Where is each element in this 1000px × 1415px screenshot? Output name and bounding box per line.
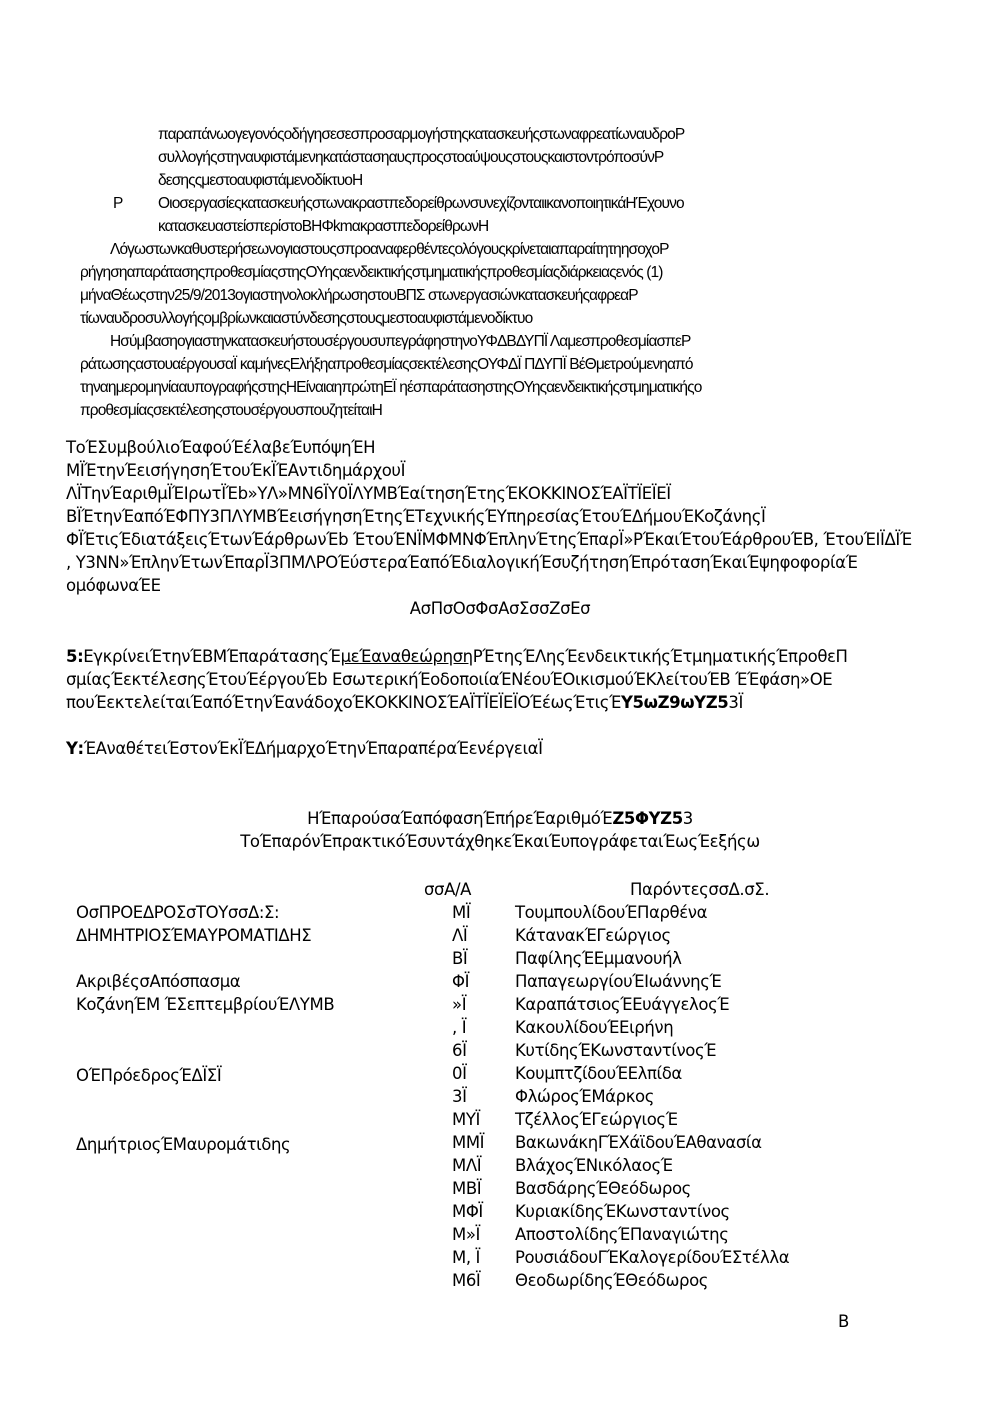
attendance-row-number: ΦΪ xyxy=(452,971,469,994)
decision-2-text: ΈΑναθέτειΈστονΈκΪΈΔήμαρχοΈτηνΈπαραπέραΈε… xyxy=(84,739,543,758)
council-item-3: ΒΪΈτηνΈαπόΈΦΠΥ3ΠΛΥΜΒΈεισήγησηΈτηςΈΤεχνικ… xyxy=(66,506,765,529)
attendance-row-name: ΡουσιάδουΓΈΚαλογερίδουΈΣτέλλα xyxy=(515,1247,789,1270)
attendance-row-name: ΚακουλίδουΈΕιρήνη xyxy=(515,1017,673,1040)
decision-1-text-b: ΡΈτηςΈΛηςΈενδεικτικήςΈτμηματικήςΈπροθεΠ xyxy=(473,647,848,666)
president-name-caps: ΔΗΜΗΤΡΙΟΣΈΜΑΥΡΟΜΑΤΙΔΗΣ xyxy=(76,925,311,948)
council-item-4: ΦΪΈτιςΈδιατάξειςΈτωνΈάρθρωνΈb ΈτουΈΝΪΜΦΜ… xyxy=(66,529,912,552)
decision-1-marker: 5: xyxy=(66,647,83,666)
intro-line-2: συλλογήςστηναυφιστάμενηκατάστασηαυςπροςσ… xyxy=(158,147,663,170)
attendance-row-number: Μ6Ϊ xyxy=(452,1270,480,1293)
intro-line-1: παραπάνωογεγονόςοδήγησεσεσπροσαρμογήστης… xyxy=(158,124,684,147)
council-item-2: ΛΪΤηνΈαριθμΪΈΙρωτΪΈb»ΥΛ»ΜΝ6ΪΥ0ΪΛΥΜΒΈαίτη… xyxy=(66,483,671,506)
attendance-row-name: ΤουμπουλίδουΈΠαρθένα xyxy=(515,902,707,925)
attendance-row-name: ΘεοδωρίδηςΈΘεόδωρος xyxy=(515,1270,708,1293)
attendance-row-number: »Ϊ xyxy=(452,994,466,1017)
delay-paragraph-line-4: τίωναυδροσυλλογήςομβρίωνκαιαστύνδεσηςστο… xyxy=(80,308,532,331)
attendance-row-name: ΠαφίληςΈΕμμανουήλ xyxy=(515,948,682,971)
attendance-row-name: ΒλάχοςΈΝικόλαοςΈ xyxy=(515,1155,673,1178)
delay-paragraph-line-3: μήναΘέωςστην25/9/2013ογιαστηνολοκλήρωσησ… xyxy=(80,285,638,308)
decision-number-label: ΗΈπαρούσαΈαπόφασηΈπήρεΈαριθμόΈ xyxy=(307,809,612,828)
president-signature-name: ΔημήτριοςΈΜαυρομάτιδης xyxy=(76,1134,290,1157)
certified-copy: ΑκριβέςσΑπόσπασμα xyxy=(76,971,240,994)
attendance-row-number: Μ»Ϊ xyxy=(452,1224,480,1247)
decision-number: ΗΈπαρούσαΈαπόφασηΈπήρεΈαριθμόΈΖ5ΦΥΖ53 xyxy=(0,808,1000,831)
attendance-row-number: ΜΥΪ xyxy=(452,1109,480,1132)
attendance-row-number: 6Ϊ xyxy=(452,1040,467,1063)
president-title: ΟσΠΡΟΕΔΡΟΣσΤΟΥσσΔ:Σ: xyxy=(76,902,279,925)
bullet-line-1: Οιοσεργασίεςκατασκευήςστωνακραστπεδορείθ… xyxy=(158,193,684,216)
attendance-row-name: ΤζέλλοςΈΓεώργιοςΈ xyxy=(515,1109,678,1132)
delay-paragraph-line-1: Λόγωστωνκαθυστερήσεωνογιαστουςσπροαναφερ… xyxy=(110,239,669,262)
decision-heading: ΑσΠσΟσΦσΑσΣσσΖσΕσ xyxy=(0,598,1000,621)
document-page: παραπάνωογεγονόςοδήγησεσεσπροσαρμογήστης… xyxy=(0,0,1000,1415)
attendance-col-names-header: ΠαρόντεςσσΔ.σΣ. xyxy=(630,879,769,902)
attendance-row-number: 3Ϊ xyxy=(452,1086,467,1109)
decision-number-suffix: 3 xyxy=(683,809,693,828)
attendance-row-name: ΚάτανακΈΓεώργιος xyxy=(515,925,671,948)
contract-paragraph-line-4: προθεσμίαςσεκτέλεσηςστουσέργουσπουζητείτ… xyxy=(80,400,382,423)
attendance-row-name: ΚυτίδηςΈΚωνσταντίνοςΈ xyxy=(515,1040,716,1063)
attendance-col-num-header: σσΑ/Α xyxy=(424,879,471,902)
attendance-row-name: ΑποστολίδηςΈΠαναγιώτης xyxy=(515,1224,729,1247)
attendance-row-name: ΒακωνάκηΓΈΧάϊδουΈΑθανασία xyxy=(515,1132,762,1155)
decision-number-value: Ζ5ΦΥΖ5 xyxy=(612,809,682,828)
attendance-row-name: ΚουμπτζίδουΈΕλπίδα xyxy=(515,1063,682,1086)
decision-1-text-c: πουΈεκτελείταιΈαπόΈτηνΈανάδοχοΈΚΟΚΚΙΝΟΣΈ… xyxy=(66,693,621,712)
decision-2-marker: Υ: xyxy=(66,739,84,758)
signing-note: ΤοΈπαρόνΈπρακτικόΈσυντάχθηκεΈκαιΈυπογράφ… xyxy=(0,831,1000,854)
council-unanimous: ομόφωναΈΕ xyxy=(66,575,161,598)
delay-paragraph-line-2: ρήγησηαπαράτασηςπροθεσμίαςστηςΟΥηςαενδει… xyxy=(80,262,662,285)
page-number: Β xyxy=(838,1311,849,1334)
decision-1-text-d: 3Ϊ xyxy=(728,693,743,712)
decision-1-text-a: ΕγκρίνειΈτηνΈΒΜΈπαράτασηςΈ xyxy=(83,647,340,666)
place-date: ΚοζάνηΈΜ ΈΣεπτεμβρίουΈΛΥΜΒ xyxy=(76,994,334,1017)
attendance-row-name: ΚυριακίδηςΈΚωνσταντίνος xyxy=(515,1201,730,1224)
decision-1-date: Υ5ωΖ9ωΥΖ5 xyxy=(621,693,728,712)
attendance-row-name: ΦλώροςΈΜάρκος xyxy=(515,1086,654,1109)
president-label: ΟΈΠρόεδροςΈΔΪΣΪ xyxy=(76,1065,221,1088)
attendance-row-number: ΜΪ xyxy=(452,902,470,925)
bullet-marker: Ρ xyxy=(113,193,122,216)
attendance-row-name: ΚαραπάτσιοςΈΕυάγγελοςΈ xyxy=(515,994,729,1017)
attendance-row-number: ΜΒΪ xyxy=(452,1178,481,1201)
attendance-row-name: ΒασδάρηςΈΘεόδωρος xyxy=(515,1178,691,1201)
attendance-row-number: 0Ϊ xyxy=(452,1063,467,1086)
council-item-4-cont: , Υ3ΝΝ»ΈπληνΈτωνΈπαρΪ3ΠΜΛΡΟΈύστεραΈαπόΈδ… xyxy=(66,552,858,575)
decision-1-underlined: μεΈαναθεώρηση xyxy=(341,647,473,666)
attendance-row-number: ΒΪ xyxy=(452,948,467,971)
attendance-row-number: Μ, Ϊ xyxy=(452,1247,480,1270)
attendance-row-number: ΜΛΪ xyxy=(452,1155,481,1178)
attendance-row-number: ΜΜΪ xyxy=(452,1132,484,1155)
decision-1-line-2: σμίαςΈεκτέλεσηςΈτουΈέργουΈb ΕσωτερικήΈοδ… xyxy=(66,669,832,692)
council-item-1: ΜΪΈτηνΈεισήγησηΈτουΈκΪΈΑντιδημάρχουΪ xyxy=(66,460,405,483)
attendance-row-name: ΠαπαγεωργίουΈΙωάννηςΈ xyxy=(515,971,721,994)
contract-paragraph-line-1: Ησύμβασηογιαστηνκατασκευήστουσέργουσυπεγ… xyxy=(110,331,690,354)
decision-1-line-3: πουΈεκτελείταιΈαπόΈτηνΈανάδοχοΈΚΟΚΚΙΝΟΣΈ… xyxy=(66,692,743,715)
decision-1-line-1: 5:ΕγκρίνειΈτηνΈΒΜΈπαράτασηςΈμεΈαναθεώρησ… xyxy=(66,646,848,669)
council-intro: ΤοΈΣυμβούλιοΈαφούΈέλαβεΈυπόψηΈΗ xyxy=(66,437,375,460)
contract-paragraph-line-2: ράτωσηςαστουαέργουσαΪ καμήνεςΕλήξηαπροθε… xyxy=(80,354,693,377)
intro-line-3: δεσηςςμεστοαυφιστάμενοδίκτυοΗ xyxy=(158,170,362,193)
contract-paragraph-line-3: τηναημερομηνίααυπογραφήςστηςΗΕίναιαηπρώτ… xyxy=(80,377,701,400)
bullet-line-2: κατασκευαστείσπερίστοΒΗΦkmακραστπεδορείθ… xyxy=(158,216,488,239)
attendance-row-number: ΜΦΪ xyxy=(452,1201,483,1224)
attendance-row-number: ΛΪ xyxy=(452,925,467,948)
decision-2: Υ:ΈΑναθέτειΈστονΈκΪΈΔήμαρχοΈτηνΈπαραπέρα… xyxy=(66,738,543,761)
attendance-row-number: , Ϊ xyxy=(452,1017,466,1040)
